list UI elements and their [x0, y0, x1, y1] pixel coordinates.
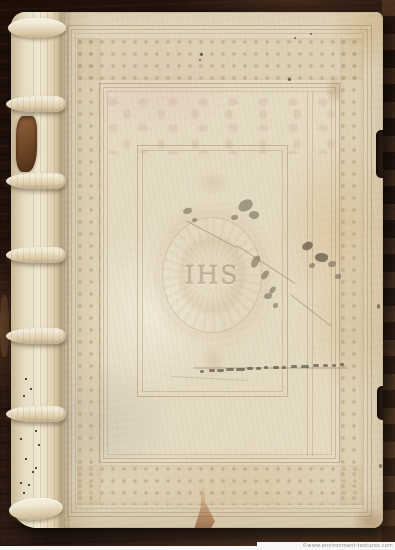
edge-wear-spot	[379, 464, 382, 468]
spine-headcap	[8, 18, 66, 38]
book-cover: IHS	[11, 12, 383, 528]
wormhole-dot	[32, 471, 34, 473]
wormhole-dot	[35, 467, 37, 469]
cover-edge-notch-lower	[377, 386, 383, 420]
wormholes	[11, 12, 383, 528]
photo-scene: IHS	[0, 0, 395, 550]
book-surface: IHS	[11, 12, 383, 528]
wormhole-dot	[28, 484, 30, 486]
watermark-label: ©www.environment-textures.com	[257, 542, 395, 550]
cover-edge-notch-upper	[376, 130, 383, 178]
wormhole-dot	[20, 438, 22, 440]
spine-band	[6, 406, 66, 422]
wormhole-dot	[23, 492, 25, 494]
wormhole-dot	[20, 482, 22, 484]
wormhole-dot	[30, 388, 32, 390]
wormhole-dot	[35, 430, 37, 432]
edge-wear-spot	[377, 304, 380, 309]
wormhole-dot	[25, 378, 27, 380]
spine-band	[6, 328, 66, 344]
corner-wear-stain	[351, 508, 383, 528]
spine-band	[6, 173, 66, 189]
spine-band	[6, 96, 66, 112]
spine-band	[6, 247, 66, 263]
wormhole-dot	[23, 395, 25, 397]
watermark-text: ©www.environment-textures.com	[302, 543, 393, 549]
wormhole-dot	[25, 458, 27, 460]
wormhole-dot	[38, 444, 40, 446]
